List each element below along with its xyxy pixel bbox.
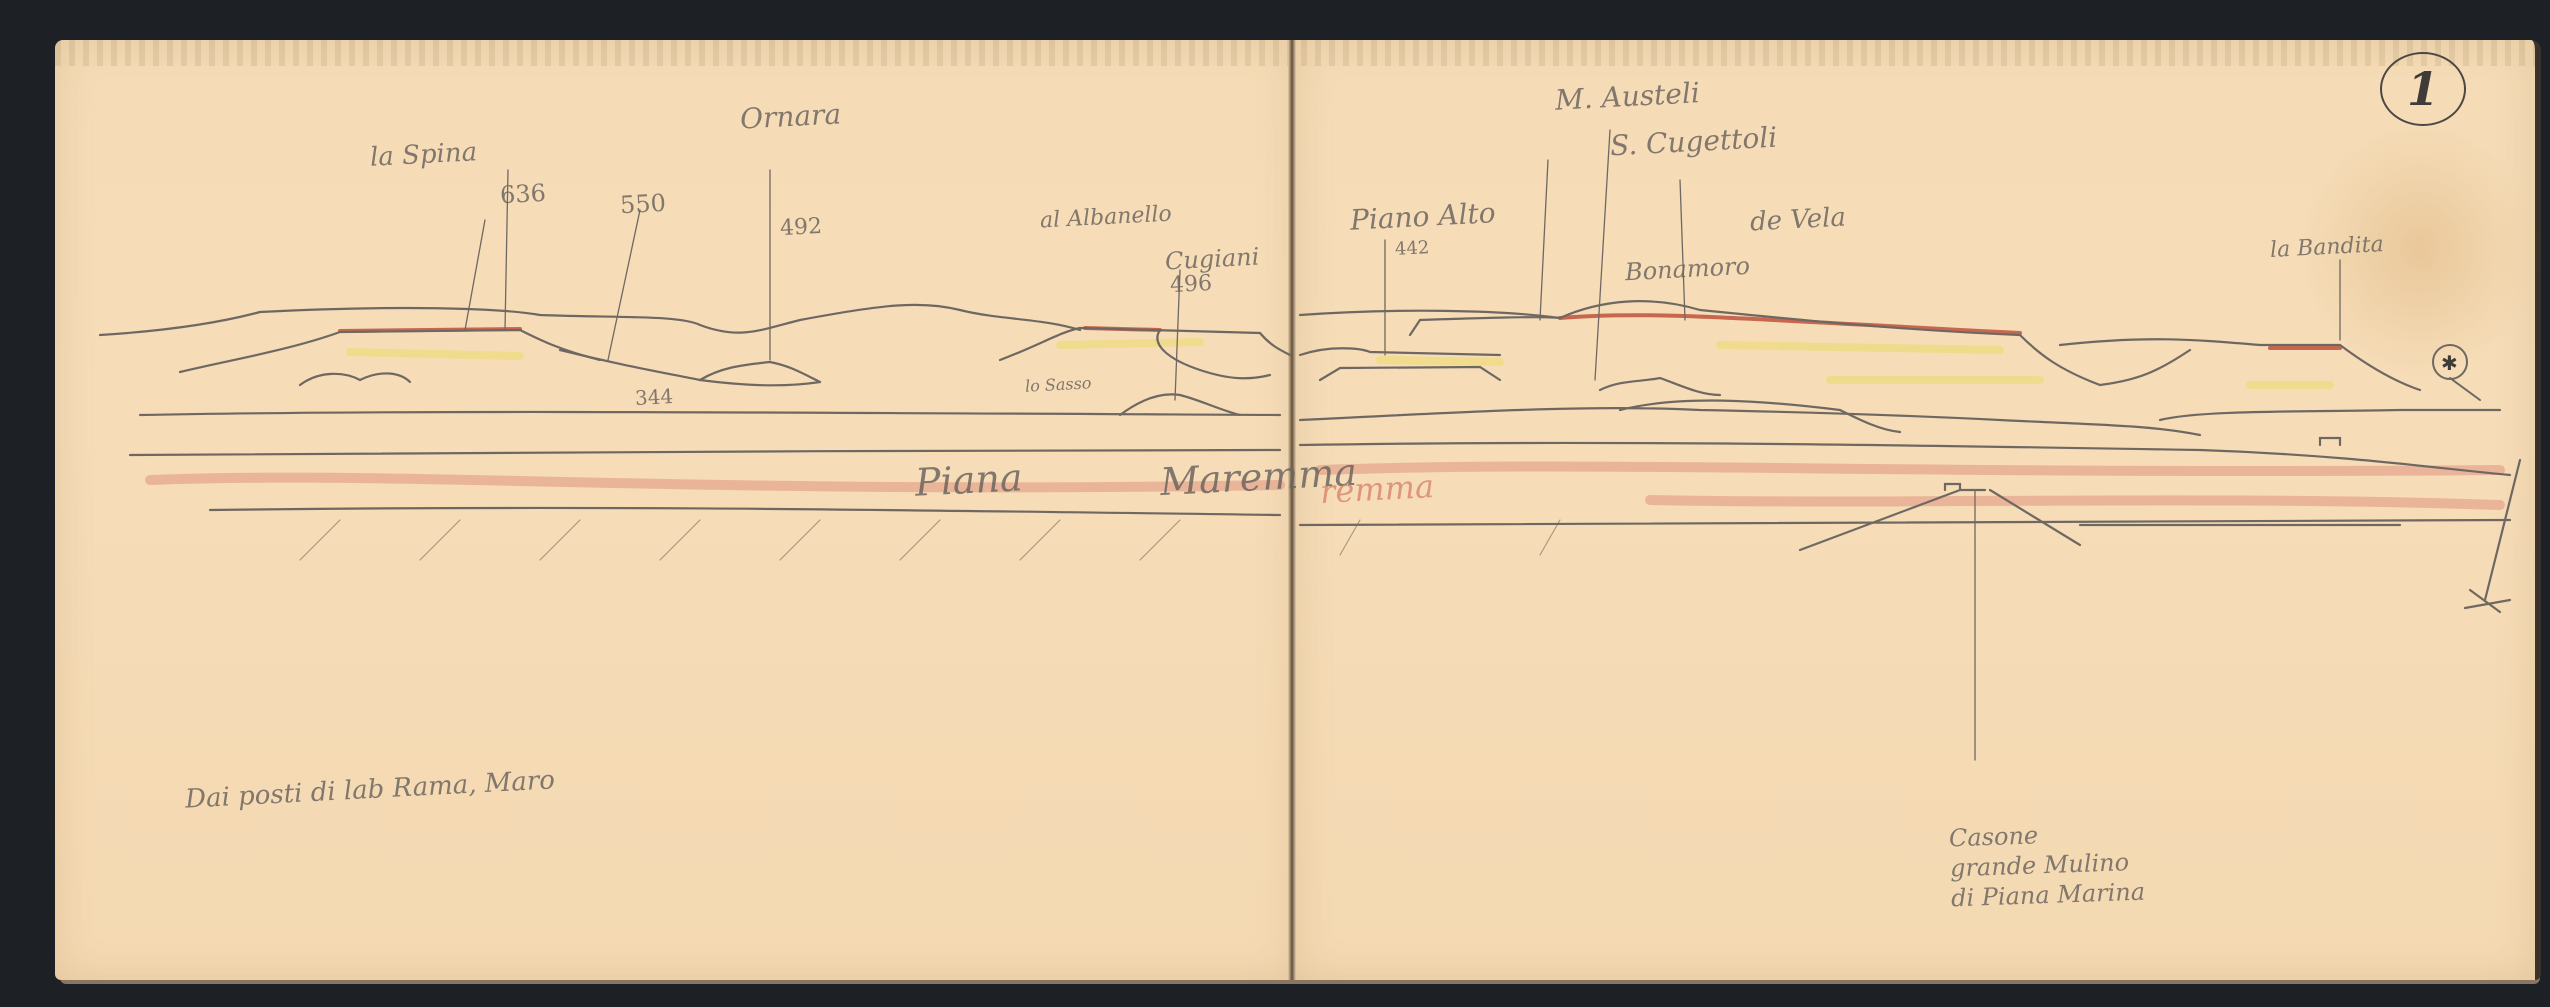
label-elev-492: 492	[779, 214, 822, 241]
label-cugiani: Cugiani	[1164, 243, 1260, 276]
label-de-vela: de Vela	[1749, 203, 1846, 238]
page-number-circle: 1	[2380, 52, 2466, 126]
page-number: 1	[2407, 62, 2439, 116]
label-elev-496: 496	[1169, 271, 1212, 298]
right-page-caption: Casone grande Mulino di Piana Marina	[1948, 817, 2145, 914]
label-piana: Piana	[914, 455, 1024, 505]
label-elev-344: 344	[634, 384, 673, 410]
label-elev-636: 636	[499, 179, 546, 209]
label-la-spina: la Spina	[369, 137, 478, 173]
pencil-lines	[100, 130, 2520, 760]
label-elev-550: 550	[619, 189, 666, 219]
svg-text:✱: ✱	[2441, 351, 2458, 375]
label-maremma-cont: remma	[1319, 467, 1435, 511]
red-ridge-lines	[340, 315, 2340, 348]
label-elev-442: 442	[1394, 237, 1429, 260]
label-ornara: Ornara	[739, 97, 842, 135]
sketchbook-spread: ✱ la Spina 636 550 Ornara 492 344 al Alb…	[0, 0, 2550, 1007]
label-lo-sasso: lo Sasso	[1025, 373, 1092, 395]
